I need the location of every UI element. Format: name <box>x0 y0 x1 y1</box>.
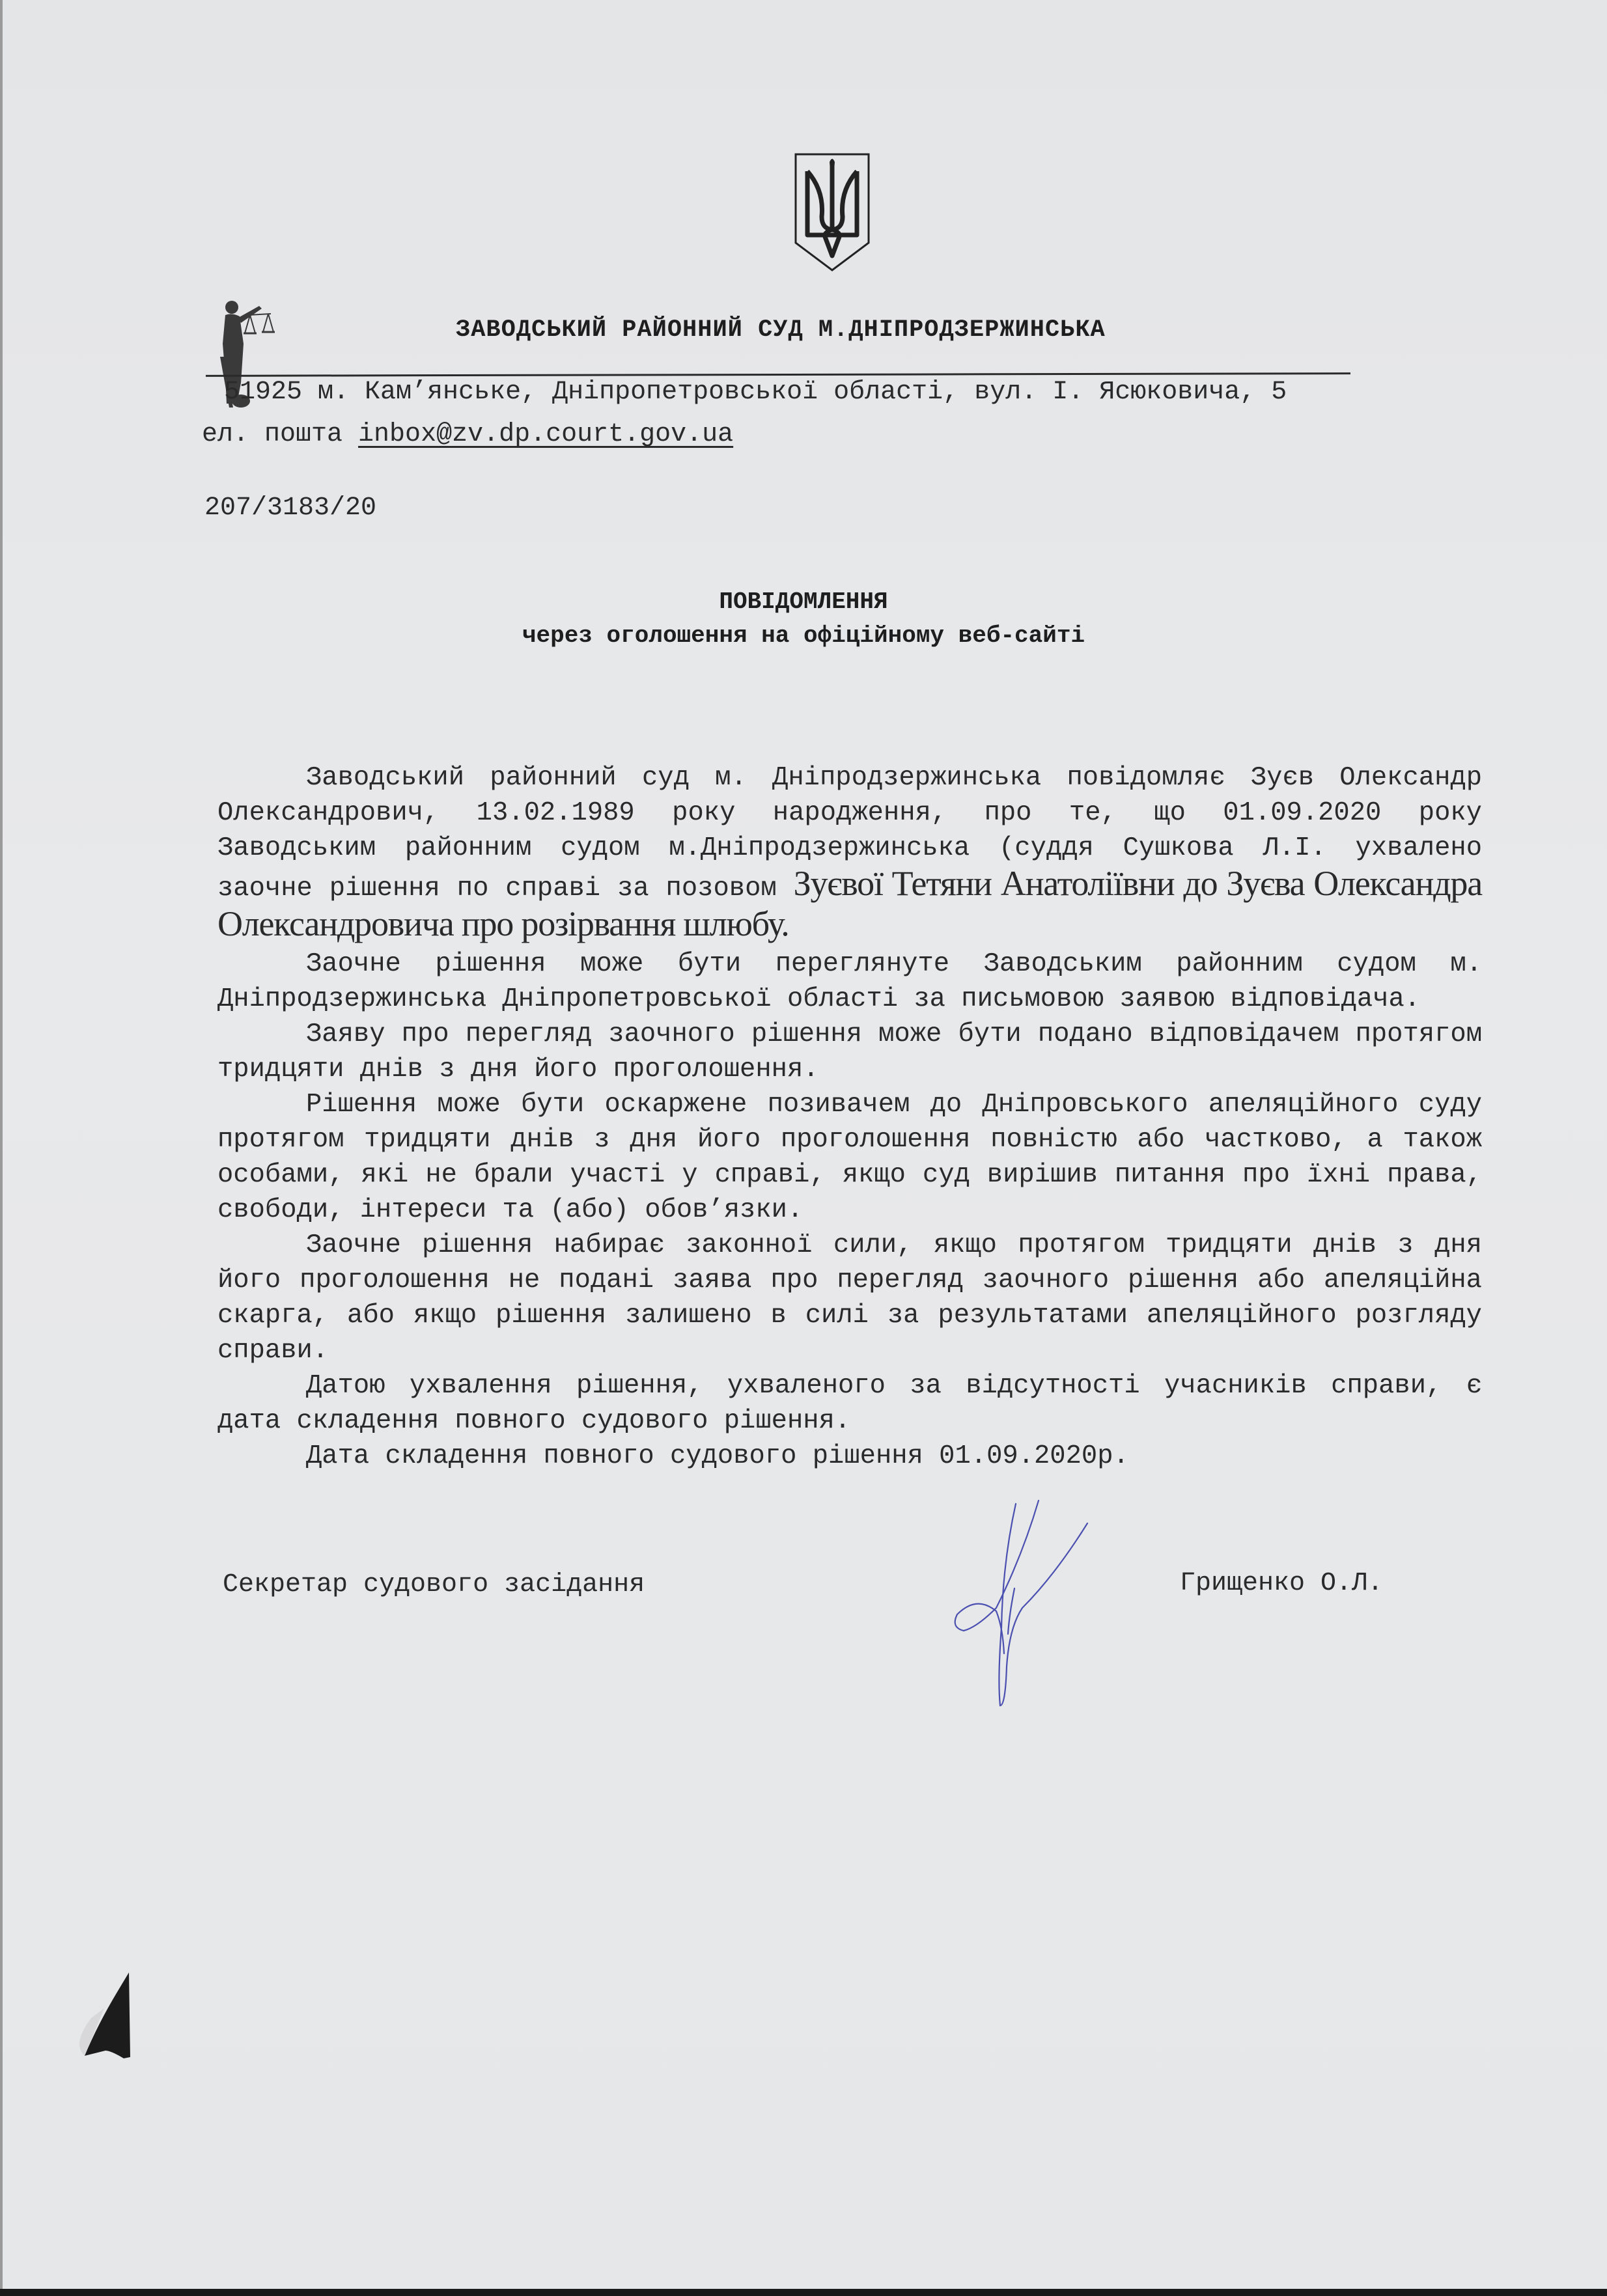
paragraph-1: Заводський районний суд м. Дніпродзержин… <box>217 760 1482 947</box>
paragraph-7: Дата складення повного судового рішення … <box>217 1439 1482 1474</box>
paragraph-1-end: . <box>781 904 789 943</box>
signatory-name: Грищенко О.Л. <box>1180 1569 1383 1598</box>
paragraph-6: Датою ухвалення рішення, ухваленого за в… <box>217 1368 1482 1439</box>
court-name: ЗАВОДСЬКИЙ РАЙОННИЙ СУД М.ДНІПРОДЗЕРЖИНС… <box>456 316 1106 344</box>
paragraph-3: Заяву про перегляд заочного рішення може… <box>217 1017 1482 1087</box>
header-divider <box>206 372 1350 377</box>
court-address: 51925 м. Кам’янське, Дніпропетровської о… <box>224 378 1287 407</box>
email-label: ел. пошта <box>202 420 358 449</box>
trident-coat-of-arms-icon <box>793 152 871 272</box>
email-line: ел. пошта inbox@zv.dp.court.gov.ua <box>202 420 733 449</box>
notice-body: Заводський районний суд м. Дніпродзержин… <box>217 760 1482 1474</box>
signatory-role: Секретар судового засідання <box>223 1570 645 1599</box>
notice-subtitle: через оголошення на офіційному веб-сайті <box>0 622 1607 649</box>
document-page: ЗАВОДСЬКИЙ РАЙОННИЙ СУД М.ДНІПРОДЗЕРЖИНС… <box>0 0 1607 2296</box>
handwritten-signature-icon <box>925 1497 1133 1712</box>
paragraph-5: Заочне рішення набирає законної сили, як… <box>217 1228 1482 1368</box>
torn-corner-mark <box>46 1946 137 2096</box>
scan-bottom-edge <box>0 2289 1607 2296</box>
case-number: 207/3183/20 <box>204 493 376 523</box>
notice-title: ПОВІДОМЛЕННЯ <box>0 588 1607 615</box>
scan-left-edge <box>0 0 3 2296</box>
paragraph-4: Рішення може бути оскаржене позивачем до… <box>217 1087 1482 1228</box>
email-link[interactable]: inbox@zv.dp.court.gov.ua <box>358 420 733 449</box>
paragraph-2: Заочне рішення може бути переглянуте Зав… <box>217 947 1482 1017</box>
